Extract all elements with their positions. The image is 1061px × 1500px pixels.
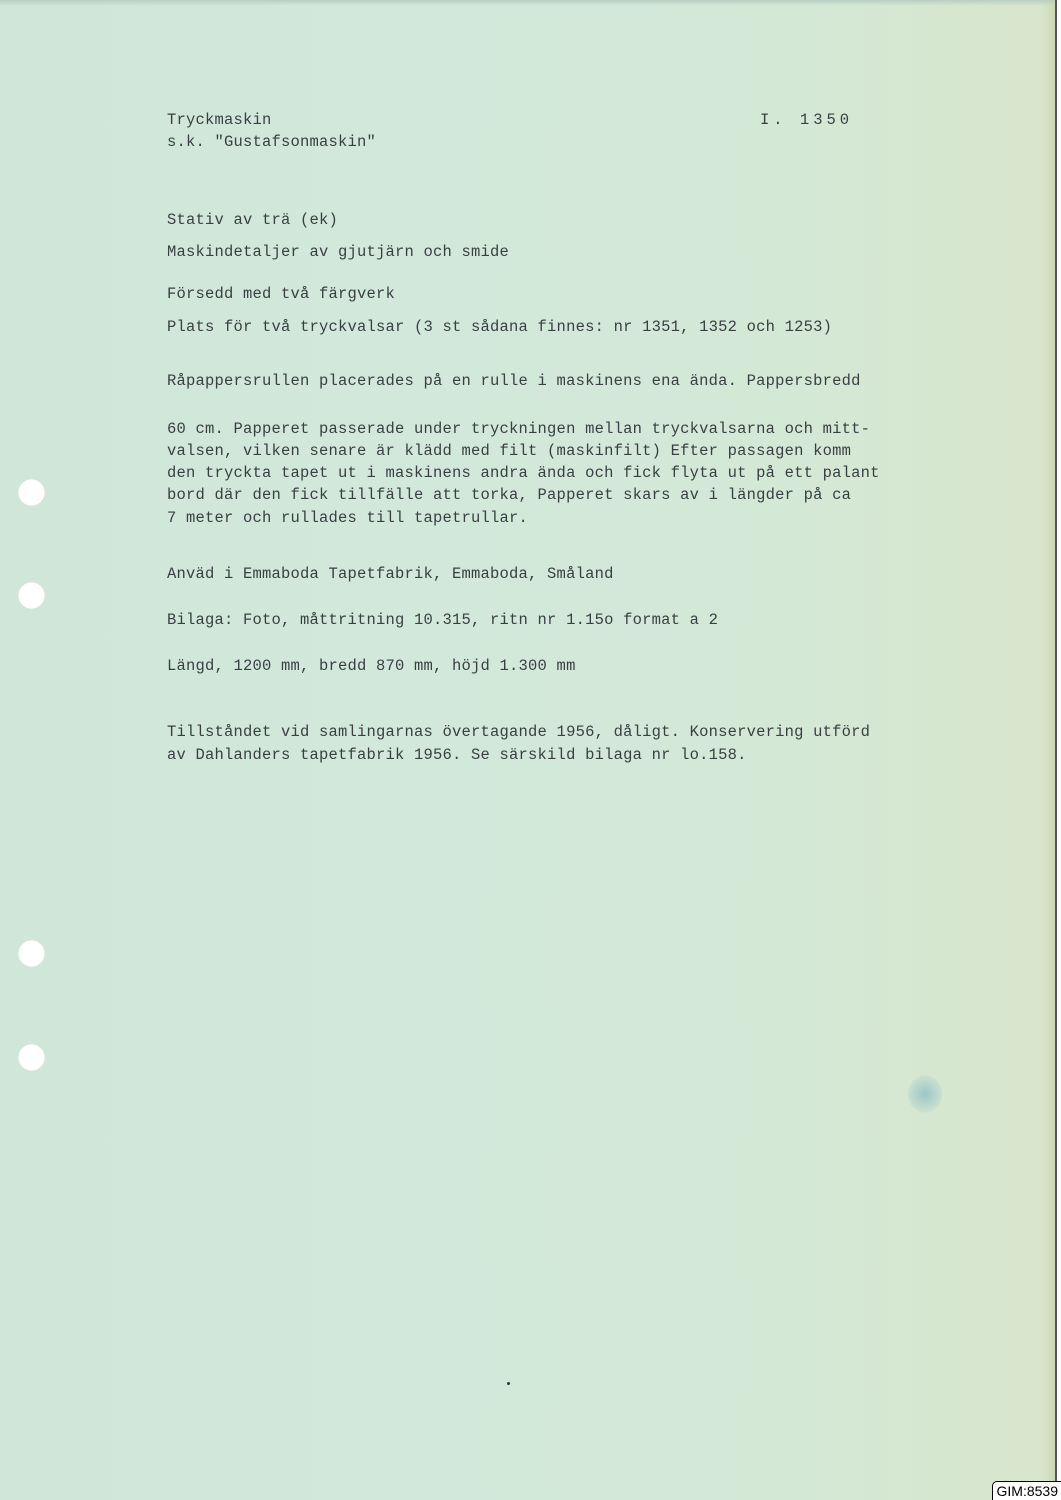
document-page: Tryckmaskin s.k. "Gustafsonmaskin" I. 13… <box>0 0 1057 1500</box>
process-line: bord där den fick tillfälle att torka, P… <box>167 484 851 506</box>
line-attachments: Bilaga: Foto, måttritning 10.315, ritn n… <box>167 609 718 631</box>
process-line: 7 meter och rullades till tapetrullar. <box>167 507 528 529</box>
line-material-stand: Stativ av trä (ek) <box>167 209 338 231</box>
process-line: valsen, vilken senare är klädd med filt … <box>167 440 851 462</box>
line-paper-roll: Råpappersrullen placerades på en rulle i… <box>167 370 861 392</box>
punch-hole <box>18 940 45 967</box>
speck <box>507 1382 510 1385</box>
punch-hole <box>18 582 45 609</box>
archive-stamp: GIM:8539 <box>992 1481 1061 1500</box>
process-line: 60 cm. Papperet passerade under trycknin… <box>167 418 870 440</box>
line-rollers: Plats för två tryckvalsar (3 st sådana f… <box>167 316 832 338</box>
punch-hole <box>18 1044 45 1071</box>
process-line: den tryckta tapet ut i maskinens andra ä… <box>167 462 880 484</box>
line-material-parts: Maskindetaljer av gjutjärn och smide <box>167 241 509 263</box>
condition-line: Tillståndet vid samlingarnas övertagande… <box>167 721 870 743</box>
line-dimensions: Längd, 1200 mm, bredd 870 mm, höjd 1.300… <box>167 655 576 677</box>
document-subtitle: s.k. "Gustafsonmaskin" <box>167 131 376 153</box>
punch-hole <box>18 479 45 506</box>
ink-stain <box>908 1075 942 1113</box>
condition-line: av Dahlanders tapetfabrik 1956. Se särsk… <box>167 744 747 766</box>
line-usage: Anväd i Emmaboda Tapetfabrik, Emmaboda, … <box>167 563 614 585</box>
line-inking: Försedd med två färgverk <box>167 283 395 305</box>
inventory-number: I. 1350 <box>760 109 853 131</box>
document-title: Tryckmaskin <box>167 109 272 131</box>
